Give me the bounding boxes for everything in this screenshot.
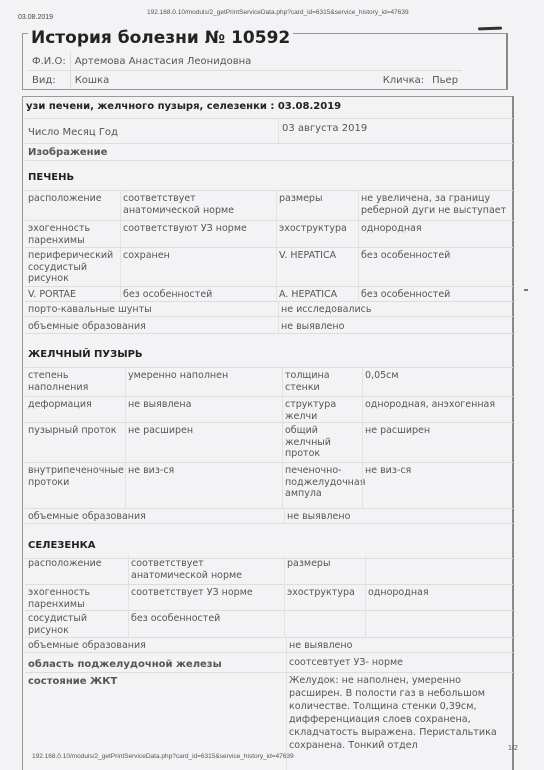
liver-label: порто-кавальные шунты	[28, 304, 268, 316]
liver-label: размеры	[279, 193, 355, 205]
gallbladder-label: общий желчный проток	[285, 425, 359, 460]
spleen-heading: СЕЛЕЗЕНКА	[28, 540, 328, 551]
liver-value: без особенностей	[361, 289, 508, 301]
gallbladder-value: 0,05см	[365, 370, 508, 382]
gallbladder-value: не расширен	[128, 425, 279, 437]
gallbladder-value: не виз-ся	[365, 465, 508, 477]
row-divider	[25, 367, 513, 368]
liver-label: V. HEPATICA	[279, 250, 355, 262]
column-divider	[284, 508, 285, 523]
date-label: Число Месяц Год	[28, 127, 228, 139]
gallbladder-value: не виз-ся	[128, 465, 279, 477]
study-title: узи печени, желчного пузыря, селезенки :…	[26, 101, 341, 112]
column-divider	[358, 190, 359, 220]
liver-value: сохранен	[123, 250, 273, 262]
column-divider	[358, 247, 359, 286]
column-divider	[128, 555, 129, 584]
print-header-date: 03.08.2019	[18, 14, 53, 21]
gallbladder-value: не выявлена	[128, 399, 279, 411]
column-divider	[358, 220, 359, 247]
liver-value: соответствует анатомической норме	[123, 193, 273, 216]
column-divider	[365, 610, 366, 637]
gallbladder-label: структура желчи	[285, 399, 359, 422]
gallbladder-label: внутрипеченочные протоки	[28, 465, 122, 488]
column-divider	[276, 220, 277, 247]
pancreas-value: соотсевтует УЗ- норме	[289, 657, 509, 669]
spleen-label: размеры	[287, 558, 362, 570]
scan-mark	[478, 27, 502, 31]
liver-label: V. PORTAE	[28, 289, 117, 301]
spleen-label: расположение	[28, 558, 125, 570]
column-divider	[120, 286, 121, 301]
column-divider	[286, 654, 287, 672]
gallbladder-label: пузырный проток	[28, 425, 122, 437]
column-divider	[365, 584, 366, 610]
column-divider	[120, 247, 121, 286]
row-divider	[25, 422, 513, 423]
liver-value: соответствуют УЗ норме	[123, 223, 273, 235]
liver-value: без особенностей	[361, 250, 508, 262]
column-divider	[282, 422, 283, 462]
column-divider	[286, 637, 287, 652]
column-divider	[362, 422, 363, 462]
column-divider	[128, 584, 129, 610]
row-divider	[25, 220, 513, 221]
column-divider	[276, 190, 277, 220]
row-divider	[25, 190, 513, 191]
gallbladder-label: печеночно-поджелудочная ампула	[285, 465, 359, 500]
liver-value: не увеличена, за границу реберной дуги н…	[361, 193, 508, 216]
spleen-value: не выявлено	[289, 640, 509, 652]
spleen-value: без особенностей	[131, 613, 281, 625]
patient-info-table: Ф.И.О: Артемова Анастасия Леонидовна Вид…	[28, 52, 462, 89]
liver-value: однородная	[361, 223, 508, 235]
liver-value: не выявлено	[281, 321, 501, 333]
column-divider	[278, 318, 279, 333]
gi-label: состояние ЖКТ	[28, 676, 278, 688]
column-divider	[278, 301, 279, 316]
column-divider	[125, 462, 126, 508]
row-divider	[25, 462, 513, 463]
blank-cell	[428, 52, 462, 71]
row-divider	[25, 508, 513, 509]
blank-cell	[379, 52, 428, 71]
row-divider	[25, 637, 513, 638]
species-label: Вид:	[28, 71, 70, 90]
image-label: Изображение	[28, 147, 228, 159]
liver-heading: ПЕЧЕНЬ	[28, 172, 328, 183]
owner-value: Артемова Анастасия Леонидовна	[70, 52, 379, 71]
column-divider	[125, 396, 126, 422]
column-divider	[125, 367, 126, 396]
date-value: 03 августа 2019	[282, 123, 482, 135]
owner-label: Ф.И.О:	[28, 52, 70, 71]
liver-value: не исследовались	[281, 304, 501, 316]
column-divider	[358, 286, 359, 301]
column-divider	[362, 396, 363, 422]
liver-label: объемные образования	[28, 321, 268, 333]
column-divider	[282, 462, 283, 508]
column-divider	[284, 610, 285, 637]
spleen-value: соответствует анатомической норме	[131, 558, 281, 581]
column-divider	[282, 396, 283, 422]
row-divider	[25, 301, 513, 302]
row-divider	[25, 247, 513, 248]
column-divider	[284, 584, 285, 610]
row-divider	[25, 523, 513, 524]
row-divider	[25, 610, 513, 611]
gallbladder-label: деформация	[28, 399, 122, 411]
spleen-label: сосудистый рисунок	[28, 613, 125, 636]
name-value: Пьер	[428, 71, 462, 90]
row-divider	[25, 672, 513, 673]
gallbladder-heading: ЖЕЛЧНЫЙ ПУЗЫРЬ	[28, 349, 328, 360]
name-label: Кличка:	[379, 71, 428, 90]
scan-dot	[524, 289, 528, 291]
spleen-label: эхогенность паренхимы	[28, 587, 125, 610]
row-divider	[25, 333, 513, 334]
spleen-value: однородная	[368, 587, 508, 599]
column-divider	[362, 462, 363, 508]
row-divider	[25, 118, 513, 119]
row-divider	[25, 652, 513, 653]
column-divider	[120, 190, 121, 220]
liver-label: периферический сосудистый рисунок	[28, 250, 117, 285]
liver-label: расположение	[28, 193, 117, 205]
gallbladder-value: не выявлено	[287, 511, 507, 523]
gallbladder-value: однородная, анэхогенная	[365, 399, 508, 411]
row-divider	[25, 584, 513, 585]
gallbladder-value: не расширен	[365, 425, 508, 437]
column-divider	[362, 367, 363, 396]
column-divider	[120, 220, 121, 247]
column-divider	[276, 286, 277, 301]
column-divider	[284, 555, 285, 584]
gallbladder-value: умеренно наполнен	[128, 370, 279, 382]
card-title: История болезни № 10592	[28, 28, 293, 48]
column-divider	[128, 610, 129, 637]
row-divider	[25, 396, 513, 397]
gallbladder-label: степень наполнения	[28, 370, 122, 393]
species-value: Кошка	[70, 71, 379, 90]
column-divider	[125, 422, 126, 462]
column-divider	[282, 367, 283, 396]
gallbladder-label: толщина стенки	[285, 370, 359, 393]
spleen-value: соответствует УЗ норме	[131, 587, 281, 599]
pancreas-label: область поджелудочной железы	[28, 659, 278, 671]
row-divider	[25, 143, 513, 144]
spleen-label: объемные образования	[28, 640, 268, 652]
column-divider	[276, 247, 277, 286]
print-footer-url: 192.168.0.10/moduls/2_getPrintServiceDat…	[32, 753, 294, 760]
liver-label: эхоструктура	[279, 223, 355, 235]
liver-value: без особенностей	[123, 289, 273, 301]
column-divider	[365, 555, 366, 584]
print-header-url: 192.168.0.10/moduls/2_getPrintServiceDat…	[147, 9, 409, 16]
row-divider	[25, 160, 513, 161]
spleen-label: эхоструктура	[287, 587, 362, 599]
liver-label: эхогенность паренхимы	[28, 223, 117, 246]
column-divider	[278, 118, 279, 143]
row-divider	[25, 316, 513, 317]
gallbladder-label: объемные образования	[28, 511, 268, 523]
liver-label: A. HEPATICA	[279, 289, 355, 301]
row-divider	[25, 286, 513, 287]
gi-value: Желудок: не наполнен, умеренно расширен.…	[289, 674, 509, 752]
print-footer-page: 1/2	[508, 745, 518, 752]
